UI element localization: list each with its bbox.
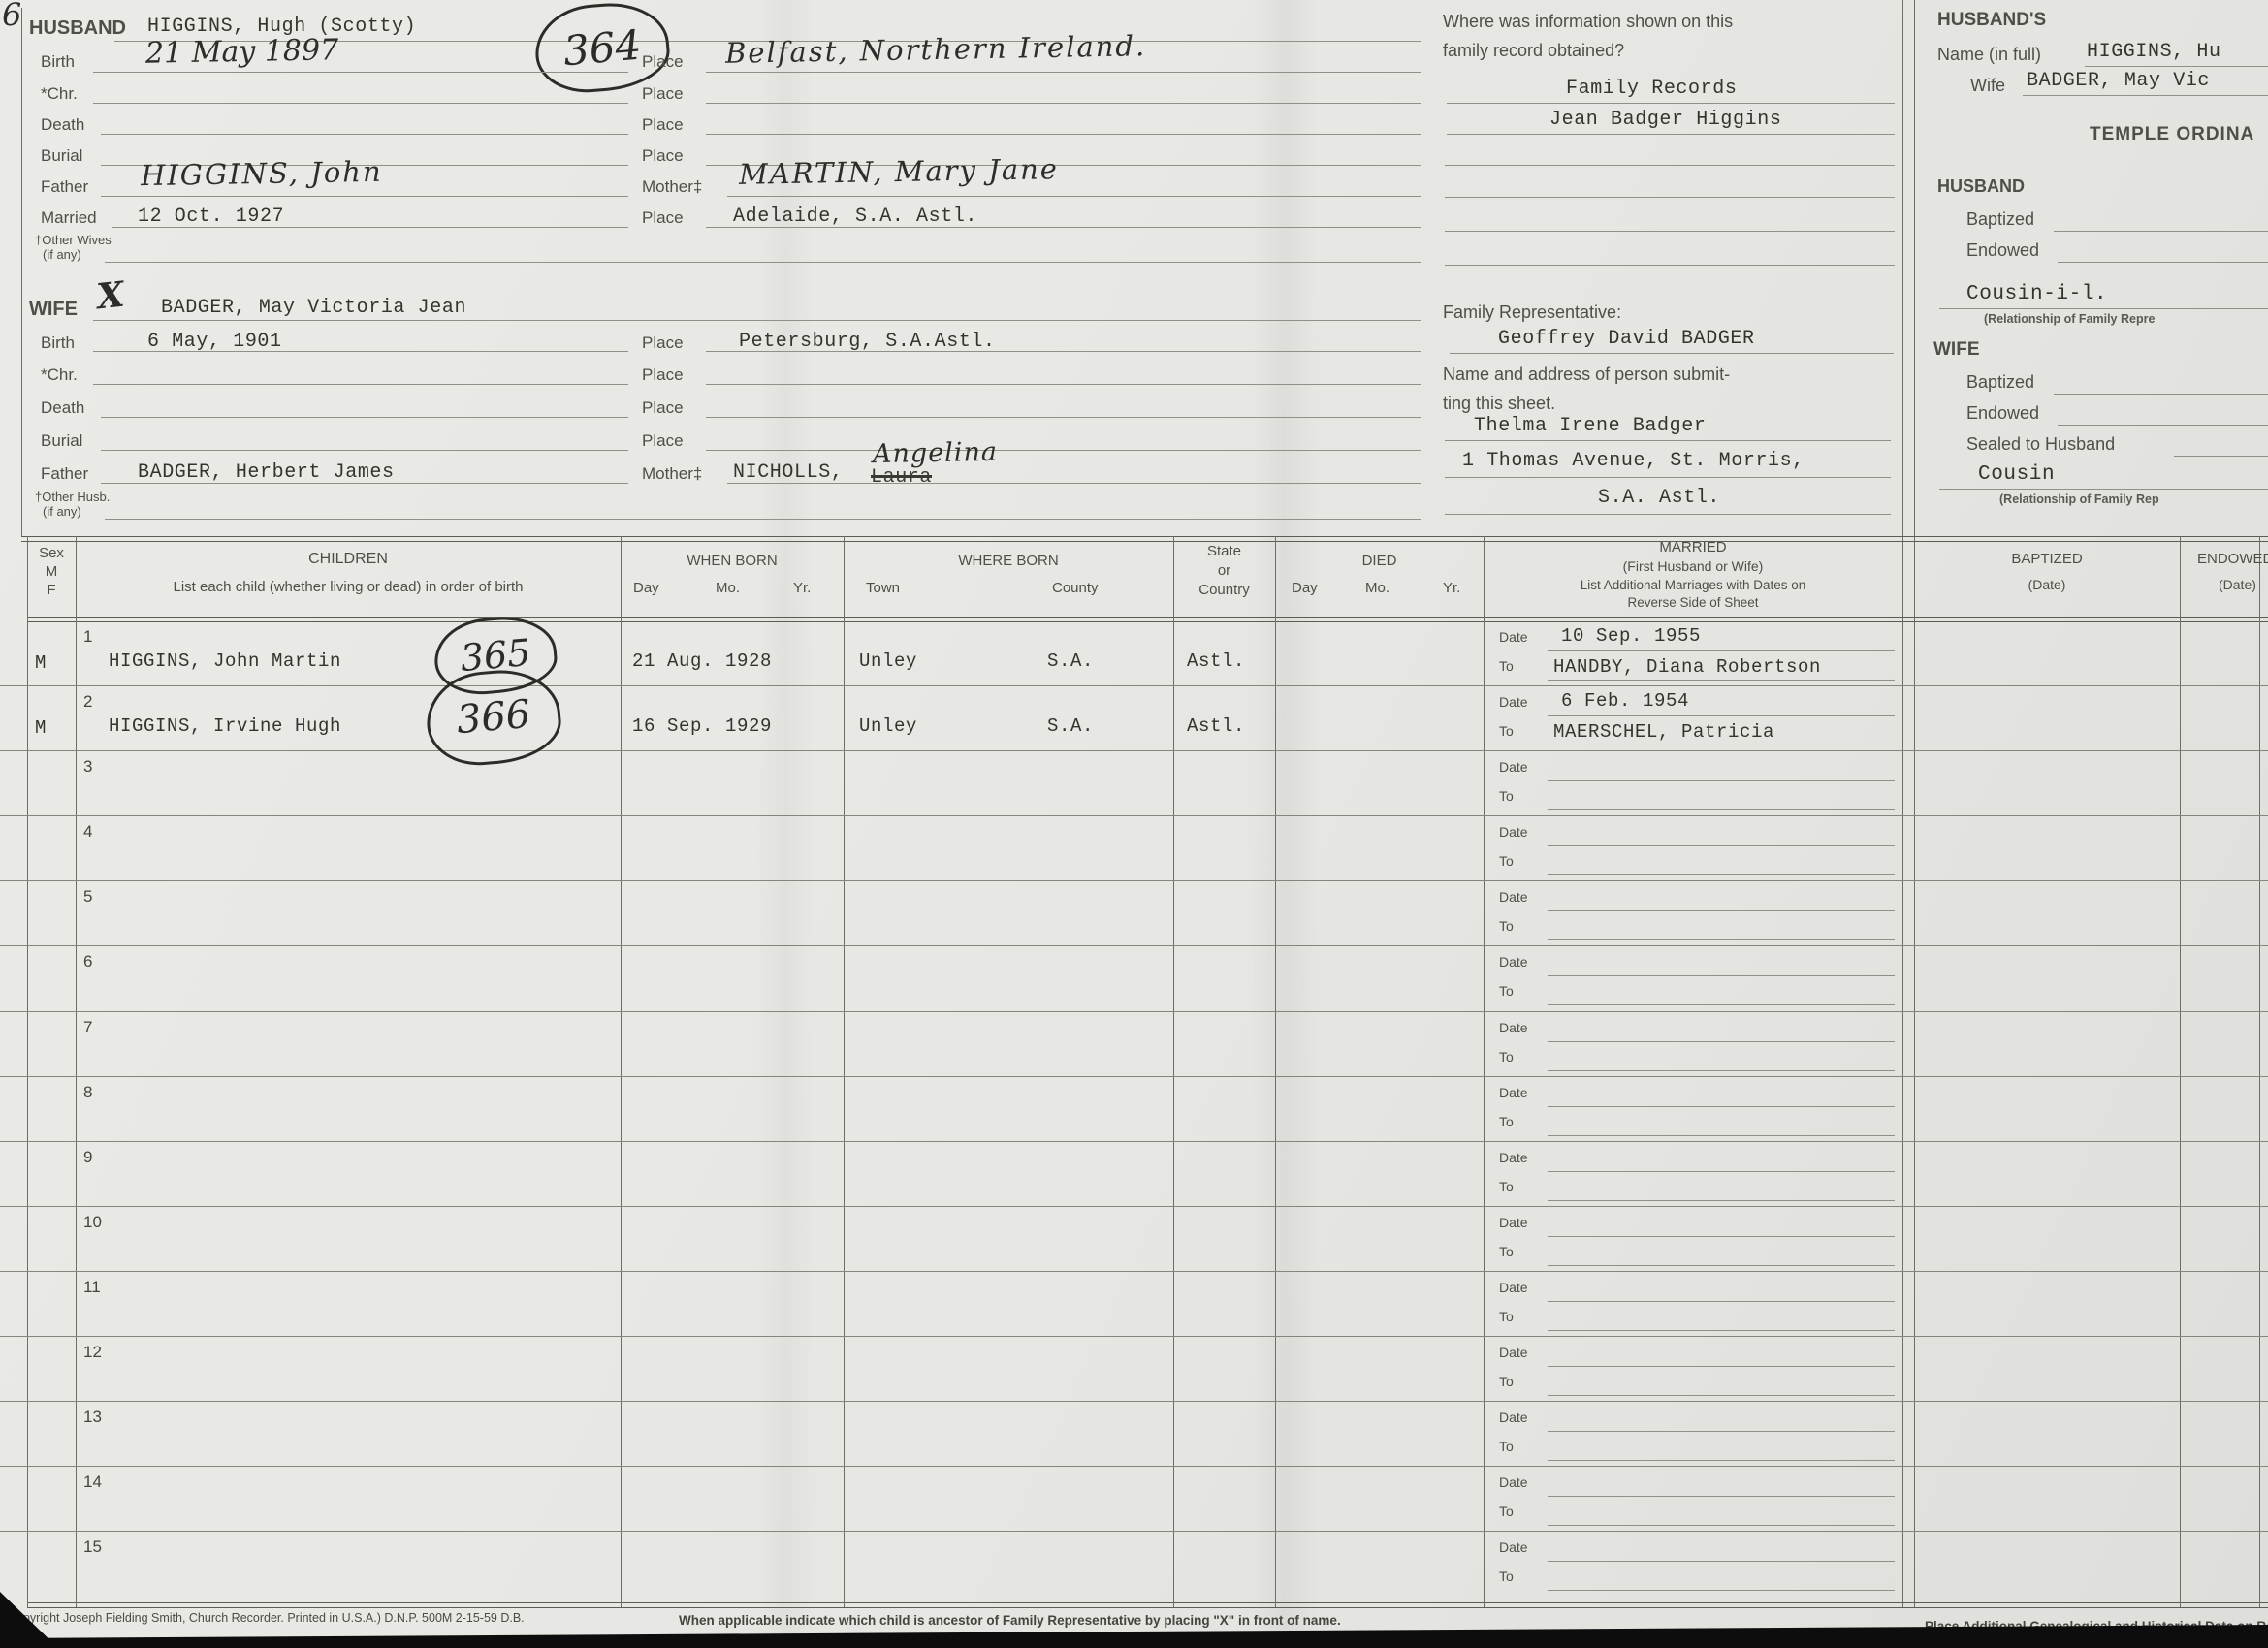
info-question-line1: Where was information shown on this xyxy=(1443,12,1733,32)
married-date-label: Date xyxy=(1499,1085,1528,1100)
field-line xyxy=(1445,514,1891,515)
married-date-line xyxy=(1548,1561,1895,1562)
married-date-value: 10 Sep. 1955 xyxy=(1561,625,1701,647)
wife-birth-place-label: Place xyxy=(642,333,684,353)
married-date-label: Date xyxy=(1499,694,1528,710)
ordinance-header: HUSBAND'S xyxy=(1937,10,2046,31)
married-to-value: MAERSCHEL, Patricia xyxy=(1553,721,1774,743)
field-line xyxy=(1445,165,1895,166)
married-to-line xyxy=(1548,1004,1895,1005)
field-line xyxy=(2174,456,2268,457)
wife-ancestor-mark: X xyxy=(95,274,126,318)
married-date-label: Date xyxy=(1499,824,1528,840)
header-when-born-yr: Yr. xyxy=(793,580,811,596)
married-to-label: To xyxy=(1499,983,1514,998)
field-line xyxy=(2023,95,2268,96)
relationship-caption: (Relationship of Family Rep xyxy=(1999,492,2159,506)
field-line xyxy=(93,351,628,352)
husband-burial-label: Burial xyxy=(41,146,82,166)
footer-note-center: When applicable indicate which child is … xyxy=(679,1613,1341,1628)
married-date-line xyxy=(1548,715,1895,716)
married-date-label: Date xyxy=(1499,629,1528,645)
field-line xyxy=(105,519,1421,520)
header-endowed: ENDOWED xyxy=(2197,551,2268,567)
married-to-line xyxy=(1548,1135,1895,1136)
child-row-1: M 1 HIGGINS, John Martin 365 21 Aug. 192… xyxy=(0,621,2268,686)
child-row-13: 13 Date To xyxy=(0,1402,2268,1467)
table-border-line xyxy=(27,617,2268,618)
child-county: S.A. xyxy=(1047,650,1094,672)
wife-chr-place-label: Place xyxy=(642,365,684,385)
temple-ordinance-header: TEMPLE ORDINA xyxy=(2090,124,2254,145)
table-border-line xyxy=(27,1602,2268,1603)
married-to-line xyxy=(1548,809,1895,810)
submitter-name: Thelma Irene Badger xyxy=(1474,415,1706,437)
married-date-line xyxy=(1548,1496,1895,1497)
child-state: Astl. xyxy=(1187,715,1245,737)
husband-death-place-label: Place xyxy=(642,115,684,135)
married-date-label: Date xyxy=(1499,759,1528,775)
field-line xyxy=(706,103,1421,104)
field-line xyxy=(93,72,628,73)
field-line xyxy=(101,134,628,135)
married-date-line xyxy=(1548,975,1895,976)
married-date-line xyxy=(1548,845,1895,846)
husband-father-label: Father xyxy=(41,177,88,197)
wife-birth-value: 6 May, 1901 xyxy=(147,331,282,353)
married-to-line xyxy=(1548,874,1895,875)
wife-father-value: BADGER, Herbert James xyxy=(138,461,395,484)
ordinance-wife-value: BADGER, May Vic xyxy=(2027,70,2210,92)
married-date-line xyxy=(1548,1041,1895,1042)
married-to-line xyxy=(1548,1590,1895,1591)
married-date-label: Date xyxy=(1499,954,1528,969)
married-to-label: To xyxy=(1499,1049,1514,1064)
married-date-line xyxy=(1548,1106,1895,1107)
husband-relationship-value: Cousin-i-l. xyxy=(1966,283,2107,305)
family-representative-label: Family Representative: xyxy=(1443,302,1621,323)
child-row-4: 4 Date To xyxy=(0,816,2268,881)
married-to-label: To xyxy=(1499,1309,1514,1324)
married-to-line xyxy=(1548,1070,1895,1071)
married-to-label: To xyxy=(1499,1114,1514,1129)
husband-married-place-label: Place xyxy=(642,208,684,228)
wife-other-husb-sub: (if any) xyxy=(43,504,81,519)
header-married-sub1: (First Husband or Wife) xyxy=(1484,558,1902,574)
child-row-3: 3 Date To xyxy=(0,751,2268,816)
copyright-text: Copyright Joseph Fielding Smith, Church … xyxy=(8,1611,525,1625)
wife-mother-value: NICHOLLS, xyxy=(733,461,843,484)
header-children: CHILDREN xyxy=(76,551,621,568)
relationship-caption: (Relationship of Family Repre xyxy=(1984,312,2155,326)
header-state-line2: or xyxy=(1173,562,1275,579)
husband-endowed-label: Endowed xyxy=(1966,240,2039,261)
wife-father-label: Father xyxy=(41,464,88,484)
husband-married-place-value: Adelaide, S.A. Astl. xyxy=(733,206,977,228)
header-where-born: WHERE BORN xyxy=(844,553,1173,569)
child-number: 8 xyxy=(83,1083,92,1102)
field-line xyxy=(93,384,628,385)
wife-mother-corrected-value: Angelina xyxy=(873,437,998,469)
married-date-line xyxy=(1548,1236,1895,1237)
header-when-born: WHEN BORN xyxy=(621,553,844,569)
child-number: 12 xyxy=(83,1343,102,1362)
child-number: 1 xyxy=(83,627,92,647)
married-to-label: To xyxy=(1499,658,1514,674)
field-line xyxy=(93,103,628,104)
field-line xyxy=(105,262,1421,263)
family-representative-name: Geoffrey David BADGER xyxy=(1498,328,1755,350)
field-line xyxy=(706,227,1421,228)
wife-burial-place-label: Place xyxy=(642,431,684,451)
field-line xyxy=(101,196,628,197)
field-line xyxy=(706,134,1421,135)
child-town: Unley xyxy=(859,715,917,737)
husband-birth-value: 21 May 1897 xyxy=(145,33,339,70)
husband-birth-place-value: Belfast, Northern Ireland. xyxy=(725,29,1147,70)
married-date-label: Date xyxy=(1499,1215,1528,1230)
child-row-6: 6 Date To xyxy=(0,946,2268,1011)
married-date-label: Date xyxy=(1499,1410,1528,1425)
child-number: 5 xyxy=(83,887,92,906)
header-endowed-date: (Date) xyxy=(2219,577,2256,592)
child-number: 3 xyxy=(83,757,92,776)
header-died-yr: Yr. xyxy=(1443,580,1460,596)
married-to-value: HANDBY, Diana Robertson xyxy=(1553,656,1821,678)
child-name: HIGGINS, John Martin xyxy=(109,650,341,672)
child-number: 13 xyxy=(83,1408,102,1427)
husband-chr-label: *Chr. xyxy=(41,84,78,104)
ordinance-name-label: Name (in full) xyxy=(1937,45,2041,65)
married-to-line xyxy=(1548,1525,1895,1526)
ordinance-wife-section-label: WIFE xyxy=(1933,339,1980,361)
child-born: 16 Sep. 1929 xyxy=(632,715,772,737)
field-line xyxy=(101,417,628,418)
submitter-label-line1: Name and address of person submit- xyxy=(1443,364,1730,385)
child-number: 10 xyxy=(83,1213,102,1232)
header-married-sub3: Reverse Side of Sheet xyxy=(1484,595,1902,610)
sealed-to-husband-label: Sealed to Husband xyxy=(1966,434,2115,455)
married-to-line xyxy=(1548,1330,1895,1331)
husband-death-label: Death xyxy=(41,115,84,135)
married-to-label: To xyxy=(1499,1179,1514,1194)
header-when-born-day: Day xyxy=(633,580,659,596)
married-to-label: To xyxy=(1499,723,1514,739)
info-source1-value: Family Records xyxy=(1566,78,1737,100)
married-to-label: To xyxy=(1499,853,1514,869)
married-to-label: To xyxy=(1499,1504,1514,1519)
wife-birth-label: Birth xyxy=(41,333,75,353)
header-died: DIED xyxy=(1275,553,1484,569)
married-to-line xyxy=(1548,1200,1895,1201)
husband-married-label: Married xyxy=(41,208,97,228)
married-to-label: To xyxy=(1499,1439,1514,1454)
married-to-line xyxy=(1548,1460,1895,1461)
married-date-label: Date xyxy=(1499,1474,1528,1490)
wife-chr-label: *Chr. xyxy=(41,365,78,385)
child-row-11: 11 Date To xyxy=(0,1272,2268,1337)
field-line xyxy=(1445,231,1895,232)
header-sex: Sex xyxy=(27,545,76,561)
married-date-line xyxy=(1548,1171,1895,1172)
child-county: S.A. xyxy=(1047,715,1094,737)
field-line xyxy=(2054,231,2268,232)
field-line xyxy=(1445,197,1895,198)
children-table-body: M 1 HIGGINS, John Martin 365 21 Aug. 192… xyxy=(0,621,2268,1602)
child-number: 11 xyxy=(83,1278,101,1297)
child-born: 21 Aug. 1928 xyxy=(632,650,772,672)
child-row-10: 10 Date To xyxy=(0,1207,2268,1272)
wife-birth-place-value: Petersburg, S.A.Astl. xyxy=(739,331,996,353)
child-name: HIGGINS, Irvine Hugh xyxy=(109,715,341,737)
field-line xyxy=(727,196,1421,197)
field-line xyxy=(2054,394,2268,395)
field-line xyxy=(112,227,628,228)
husband-baptized-label: Baptized xyxy=(1966,209,2034,230)
married-date-label: Date xyxy=(1499,1020,1528,1035)
husband-married-value: 12 Oct. 1927 xyxy=(138,206,284,228)
field-line xyxy=(2058,262,2268,263)
table-border-line xyxy=(21,541,2268,542)
header-sex-m: M xyxy=(27,563,76,580)
child-row-15: 15 Date To xyxy=(0,1532,2268,1596)
wife-name-line xyxy=(93,320,1421,321)
married-date-line xyxy=(1548,910,1895,911)
info-question-line2: family record obtained? xyxy=(1443,41,1624,61)
husband-section-label: HUSBAND xyxy=(29,17,126,40)
married-to-line xyxy=(1548,939,1895,940)
ordinance-husband-label: HUSBAND xyxy=(1937,176,2025,197)
child-row-5: 5 Date To xyxy=(0,881,2268,946)
submitter-address-line2: S.A. Astl. xyxy=(1598,487,1720,509)
family-group-record-sheet: 6 HUSBAND HIGGINS, Hugh (Scotty) 364 Bir… xyxy=(0,0,2268,1648)
header-married: MARRIED xyxy=(1484,539,1902,555)
wife-other-husb-label: †Other Husb. xyxy=(35,490,110,504)
wife-death-label: Death xyxy=(41,398,84,418)
corner-mark: 6 xyxy=(2,0,22,33)
married-date-label: Date xyxy=(1499,1539,1528,1555)
wife-section-label: WIFE xyxy=(29,299,78,321)
field-line xyxy=(1445,477,1891,478)
child-number: 2 xyxy=(83,692,92,712)
submitter-label-line2: ting this sheet. xyxy=(1443,394,1555,414)
submitter-address-line1: 1 Thomas Avenue, St. Morris, xyxy=(1462,450,1805,472)
info-source2-value: Jean Badger Higgins xyxy=(1549,109,1781,131)
header-children-sub: List each child (whether living or dead)… xyxy=(76,579,621,595)
married-date-label: Date xyxy=(1499,1150,1528,1165)
husband-burial-place-label: Place xyxy=(642,146,684,166)
ordinance-wife-label: Wife xyxy=(1970,76,2005,96)
wife-burial-label: Burial xyxy=(41,431,82,451)
table-border-line xyxy=(27,1607,2268,1608)
married-to-line xyxy=(1548,680,1895,681)
child-number: 15 xyxy=(83,1537,102,1557)
field-line xyxy=(1450,353,1894,354)
wife-name-value: BADGER, May Victoria Jean xyxy=(161,297,466,319)
wife-death-place-label: Place xyxy=(642,398,684,418)
field-line xyxy=(706,450,1421,451)
husband-chr-place-label: Place xyxy=(642,84,684,104)
header-where-born-town: Town xyxy=(866,580,900,596)
married-to-label: To xyxy=(1499,1244,1514,1259)
child-state: Astl. xyxy=(1187,650,1245,672)
header-died-day: Day xyxy=(1292,580,1318,596)
married-to-line xyxy=(1548,745,1895,745)
husband-father-value: HIGGINS, John xyxy=(141,155,383,192)
married-to-line xyxy=(1548,1395,1895,1396)
married-date-line xyxy=(1548,1366,1895,1367)
field-line xyxy=(706,351,1421,352)
child-sex: M xyxy=(35,652,47,674)
husband-other-wives-label: †Other Wives xyxy=(35,233,112,247)
header-baptized: BAPTIZED xyxy=(1914,551,2180,567)
header-sex-f: F xyxy=(27,582,76,598)
field-line xyxy=(1939,489,2268,490)
husband-mother-value: MARTIN, Mary Jane xyxy=(739,152,1059,191)
ordinance-name-value: HIGGINS, Hu xyxy=(2087,41,2221,63)
child-sex: M xyxy=(35,717,47,739)
married-to-label: To xyxy=(1499,1374,1514,1389)
field-line xyxy=(2058,425,2268,426)
husband-birth-place-label: Place xyxy=(642,52,684,72)
field-line xyxy=(1447,103,1895,104)
header-died-mo: Mo. xyxy=(1365,580,1390,596)
married-date-line xyxy=(1548,780,1895,781)
field-line xyxy=(2085,66,2268,67)
field-line xyxy=(1447,134,1895,135)
header-baptized-date: (Date) xyxy=(1914,577,2180,592)
married-date-line xyxy=(1548,1301,1895,1302)
table-border-line xyxy=(21,536,2268,537)
wife-relationship-value: Cousin xyxy=(1978,463,2055,486)
field-line xyxy=(1939,308,2268,309)
child-row-14: 14 Date To xyxy=(0,1467,2268,1532)
field-line xyxy=(706,417,1421,418)
married-date-label: Date xyxy=(1499,889,1528,904)
married-date-label: Date xyxy=(1499,1280,1528,1295)
married-to-line xyxy=(1548,1265,1895,1266)
married-to-label: To xyxy=(1499,788,1514,804)
married-date-line xyxy=(1548,1431,1895,1432)
field-line xyxy=(101,483,628,484)
child-row-9: 9 Date To xyxy=(0,1142,2268,1207)
husband-ref-circle: 364 xyxy=(531,0,672,97)
field-line xyxy=(1445,440,1891,441)
married-date-line xyxy=(1548,650,1895,651)
wife-mother-struck-value: Laura xyxy=(871,466,932,489)
married-date-value: 6 Feb. 1954 xyxy=(1561,690,1689,712)
married-date-label: Date xyxy=(1499,1345,1528,1360)
child-row-8: 8 Date To xyxy=(0,1077,2268,1142)
child-number: 7 xyxy=(83,1018,92,1037)
child-number: 9 xyxy=(83,1148,92,1167)
husband-birth-label: Birth xyxy=(41,52,75,72)
header-where-born-county: County xyxy=(1052,580,1099,596)
field-line xyxy=(1445,265,1895,266)
wife-endowed-label: Endowed xyxy=(1966,403,2039,424)
wife-mother-label: Mother‡ xyxy=(642,464,702,484)
field-line xyxy=(727,483,1421,484)
husband-mother-label: Mother‡ xyxy=(642,177,702,197)
child-town: Unley xyxy=(859,650,917,672)
header-state-line1: State xyxy=(1173,543,1275,559)
field-line xyxy=(101,450,628,451)
wife-baptized-label: Baptized xyxy=(1966,372,2034,393)
left-border-line xyxy=(21,8,22,536)
child-number: 4 xyxy=(83,822,92,841)
husband-other-wives-sub: (if any) xyxy=(43,247,81,262)
field-line xyxy=(706,72,1421,73)
header-married-sub2: List Additional Marriages with Dates on xyxy=(1484,578,1902,592)
child-number: 14 xyxy=(83,1473,102,1492)
header-when-born-mo: Mo. xyxy=(716,580,740,596)
child-number: 6 xyxy=(83,952,92,971)
header-state-line3: Country xyxy=(1173,582,1275,598)
married-to-label: To xyxy=(1499,1569,1514,1584)
child-row-7: 7 Date To xyxy=(0,1012,2268,1077)
child-row-12: 12 Date To xyxy=(0,1337,2268,1402)
field-line xyxy=(706,384,1421,385)
married-to-label: To xyxy=(1499,918,1514,934)
child-row-2: M 2 HIGGINS, Irvine Hugh 366 16 Sep. 192… xyxy=(0,686,2268,751)
